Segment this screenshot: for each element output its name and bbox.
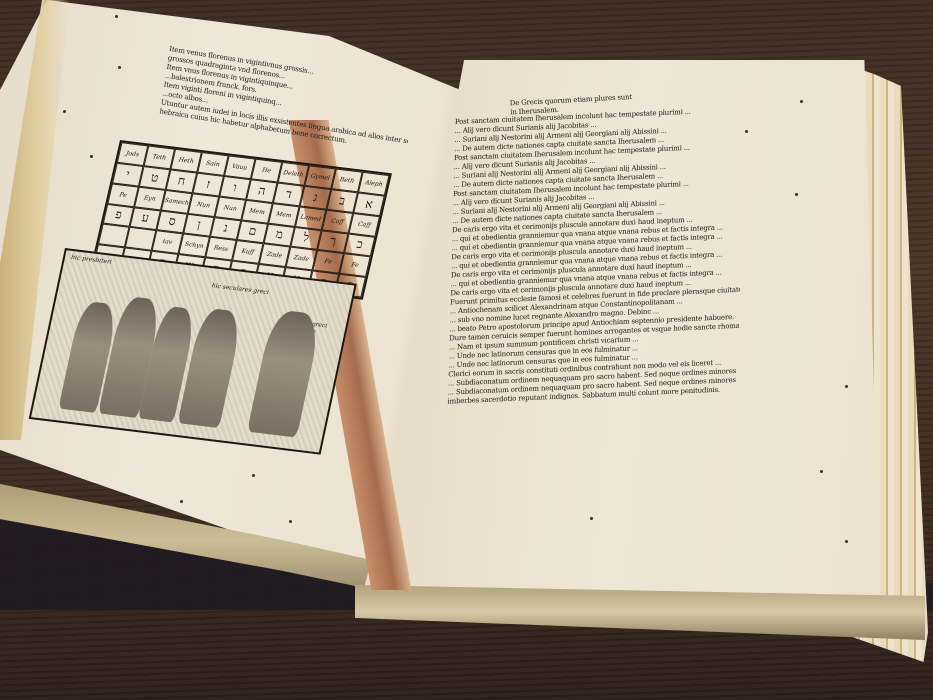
foxing-spot [820, 470, 823, 473]
foxing-spot [795, 193, 798, 196]
woodcut-label: hic presbiteri [70, 254, 112, 266]
foxing-spot [115, 15, 118, 18]
woodcut-label: hic seculares greci [211, 282, 269, 296]
woodcut-illustration: hic presbiteri hic seculares greci hic v… [29, 248, 357, 455]
foxing-spot [289, 520, 292, 523]
foxing-spot [118, 66, 121, 69]
figure-woman [247, 309, 323, 438]
foxing-spot [252, 474, 255, 477]
foxing-spot [90, 155, 93, 158]
foxing-spot [590, 517, 593, 520]
foxing-spot [845, 385, 848, 388]
foxing-spot [800, 100, 803, 103]
foxing-spot [63, 110, 66, 113]
foxing-spot [845, 540, 848, 543]
foxing-spot [180, 500, 183, 503]
foxing-spot [745, 130, 748, 133]
right-page-text: Post sanctam ciuitatem Iherusalem incolu… [447, 105, 745, 438]
